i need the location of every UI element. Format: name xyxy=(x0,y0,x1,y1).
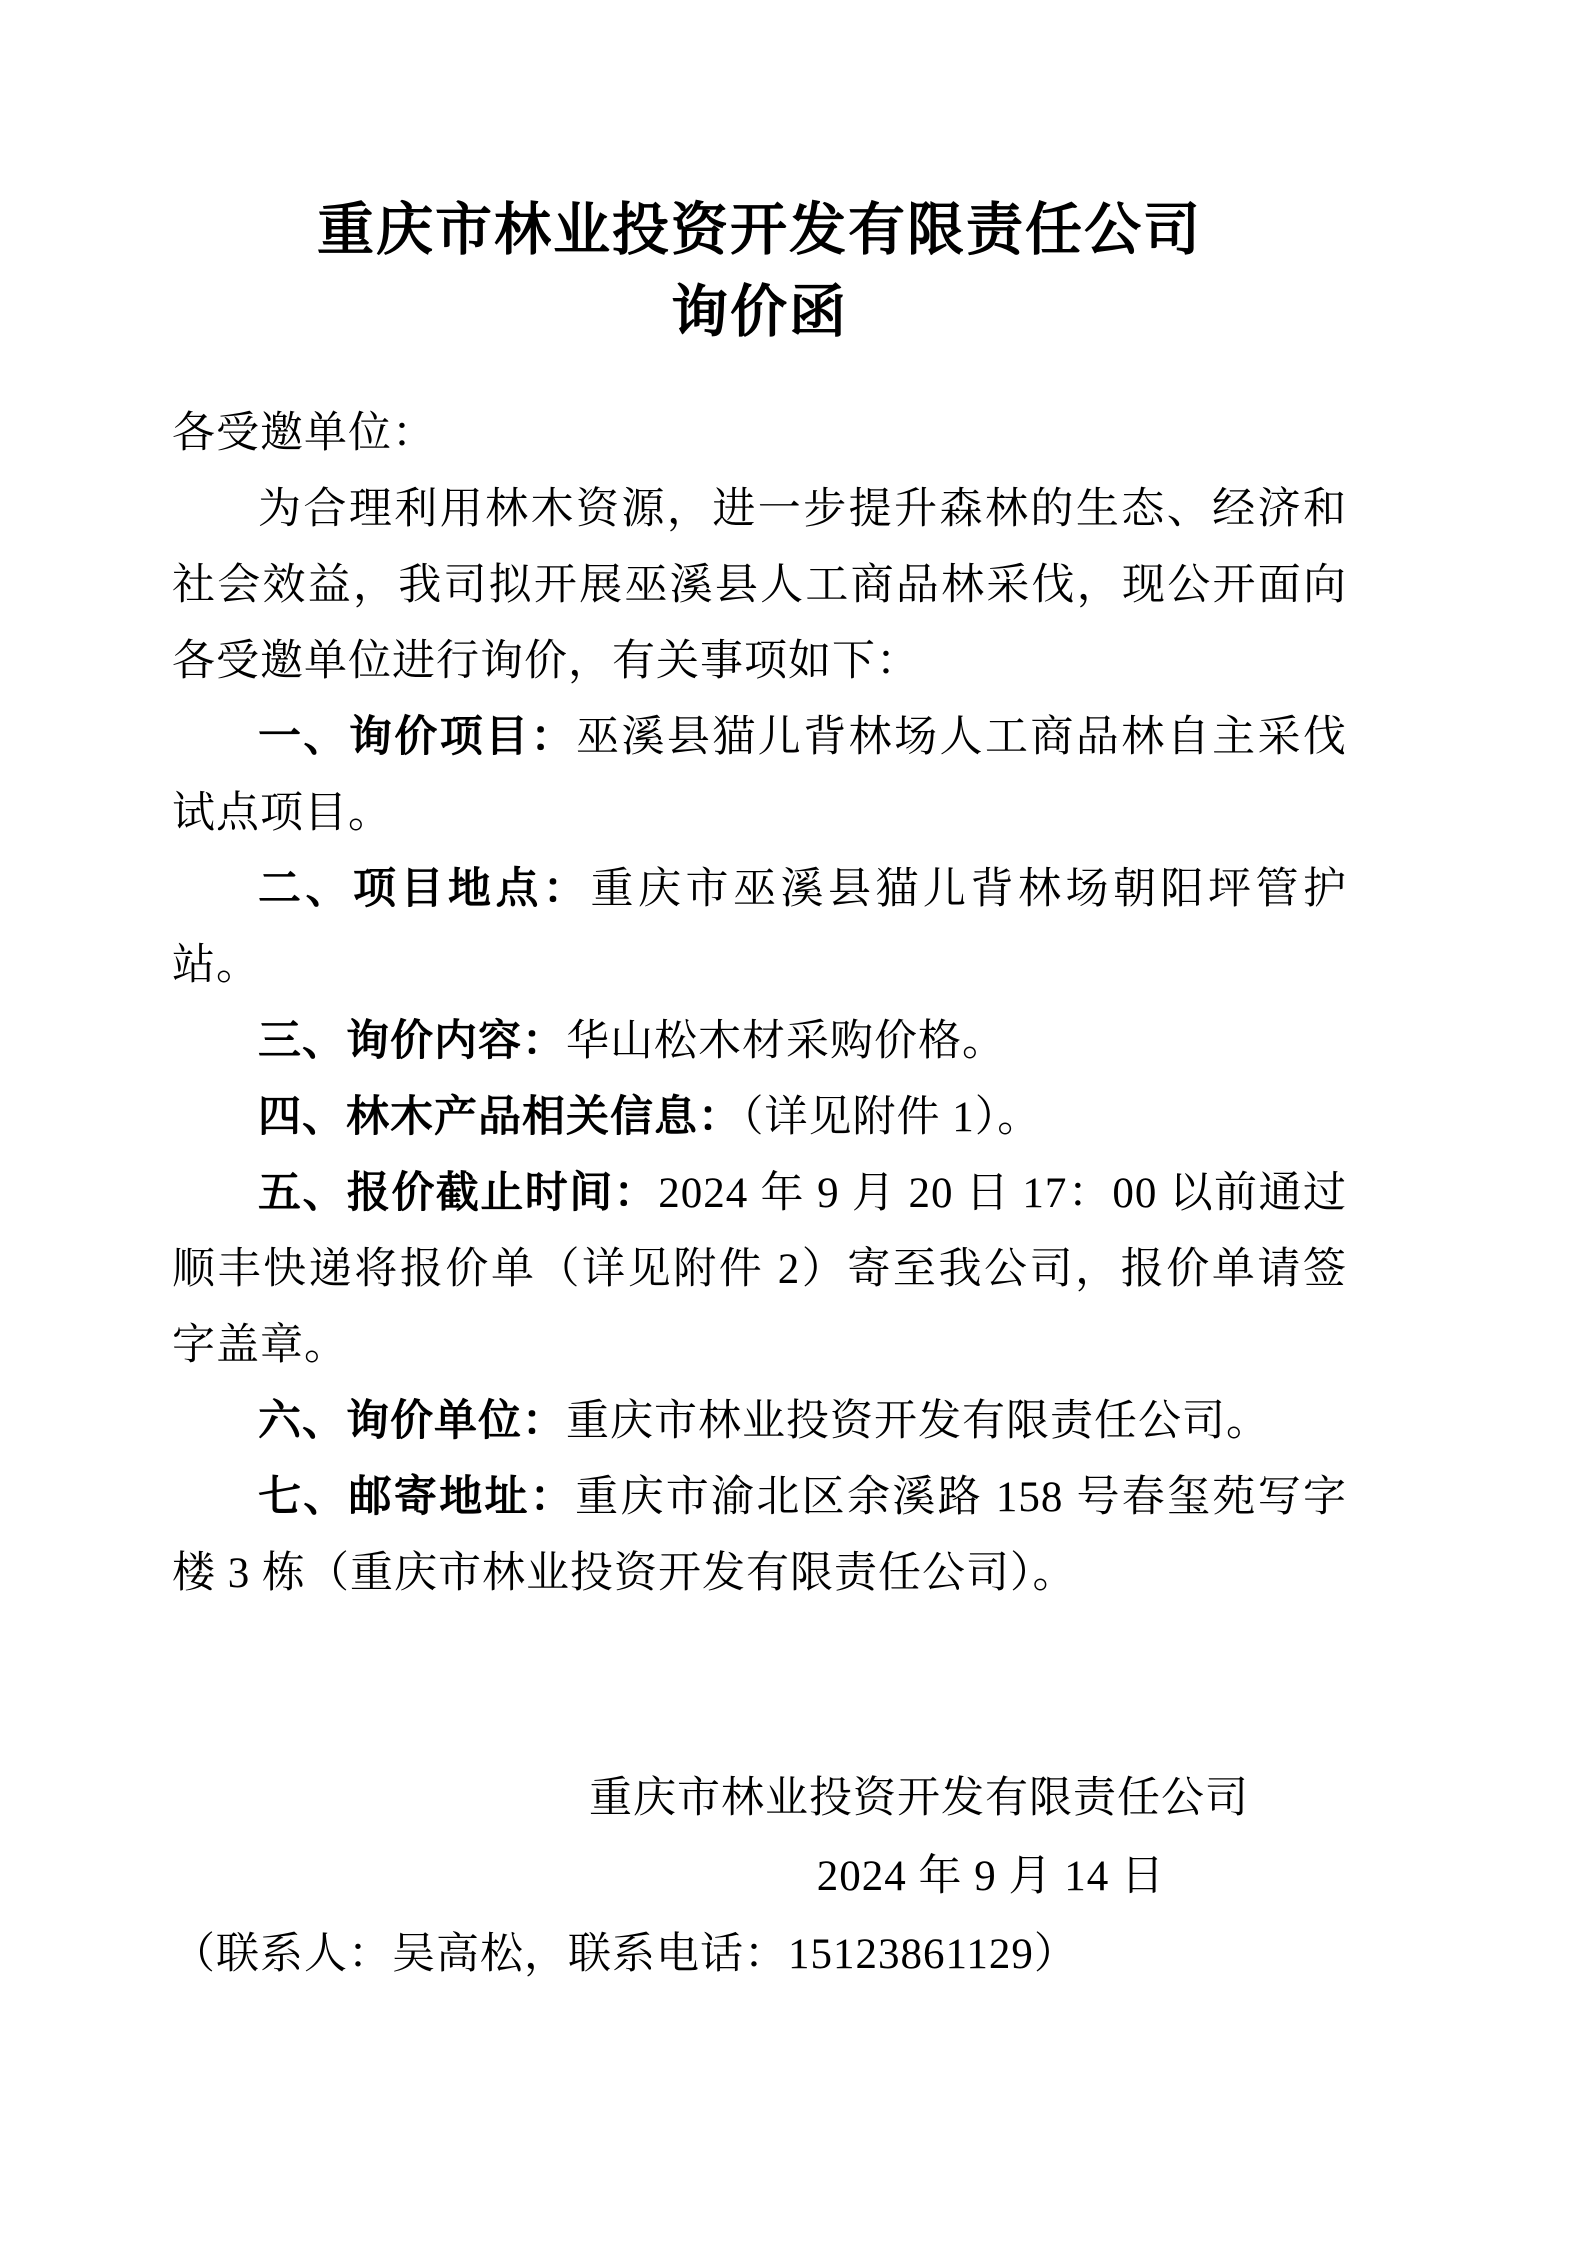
list-item-6: 六、询价单位：重庆市林业投资开发有限责任公司。 xyxy=(172,1384,1347,1460)
list-item-7-label: 七、邮寄地址： xyxy=(258,1474,575,1521)
document-page: 重庆市林业投资开发有限责任公司 询价函 各受邀单位： 为合理利用林木资源，进一步… xyxy=(0,0,1587,2245)
list-item-4-label: 四、林木产品相关信息： xyxy=(258,1094,742,1141)
list-item-3-label: 三、询价内容： xyxy=(258,1018,566,1065)
signature-date: 2024 年 9 月 14 日 xyxy=(172,1838,1347,1916)
list-item-6-label: 六、询价单位： xyxy=(258,1398,566,1445)
signature-company: 重庆市林业投资开发有限责任公司 xyxy=(172,1760,1347,1838)
list-item-1-label: 一、询价项目： xyxy=(258,714,576,761)
signature-block: 重庆市林业投资开发有限责任公司 2024 年 9 月 14 日 （联系人：吴高松… xyxy=(172,1760,1347,1994)
signature-contact: （联系人：吴高松，联系电话：15123861129） xyxy=(172,1916,1347,1994)
list-item-2-label: 二、项目地点： xyxy=(258,866,591,913)
list-item-4: 四、林木产品相关信息：（详见附件 1）。 xyxy=(172,1080,1347,1156)
document-title-line2: 询价函 xyxy=(172,272,1347,354)
list-item-5-label: 五、报价截止时间： xyxy=(258,1170,658,1217)
list-item-5: 五、报价截止时间：2024 年 9 月 20 日 17：00 以前通过顺丰快递将… xyxy=(172,1156,1347,1384)
list-item-3-text: 华山松木材采购价格。 xyxy=(566,1018,1006,1065)
salutation: 各受邀单位： xyxy=(172,396,1347,472)
list-item-3: 三、询价内容：华山松木材采购价格。 xyxy=(172,1004,1347,1080)
document-title-line1: 重庆市林业投资开发有限责任公司 xyxy=(172,190,1347,272)
list-item-7: 七、邮寄地址：重庆市渝北区余溪路 158 号春玺苑写字楼 3 栋（重庆市林业投资… xyxy=(172,1460,1347,1612)
list-item-2: 二、项目地点：重庆市巫溪县猫儿背林场朝阳坪管护站。 xyxy=(172,852,1347,1004)
document-body: 各受邀单位： 为合理利用林木资源，进一步提升森林的生态、经济和社会效益，我司拟开… xyxy=(172,396,1347,1612)
list-item-4-text: （详见附件 1）。 xyxy=(742,1094,1041,1141)
list-item-6-text: 重庆市林业投资开发有限责任公司。 xyxy=(566,1398,1270,1445)
intro-paragraph: 为合理利用林木资源，进一步提升森林的生态、经济和社会效益，我司拟开展巫溪县人工商… xyxy=(172,472,1347,700)
list-item-1: 一、询价项目：巫溪县猫儿背林场人工商品林自主采伐试点项目。 xyxy=(172,700,1347,852)
